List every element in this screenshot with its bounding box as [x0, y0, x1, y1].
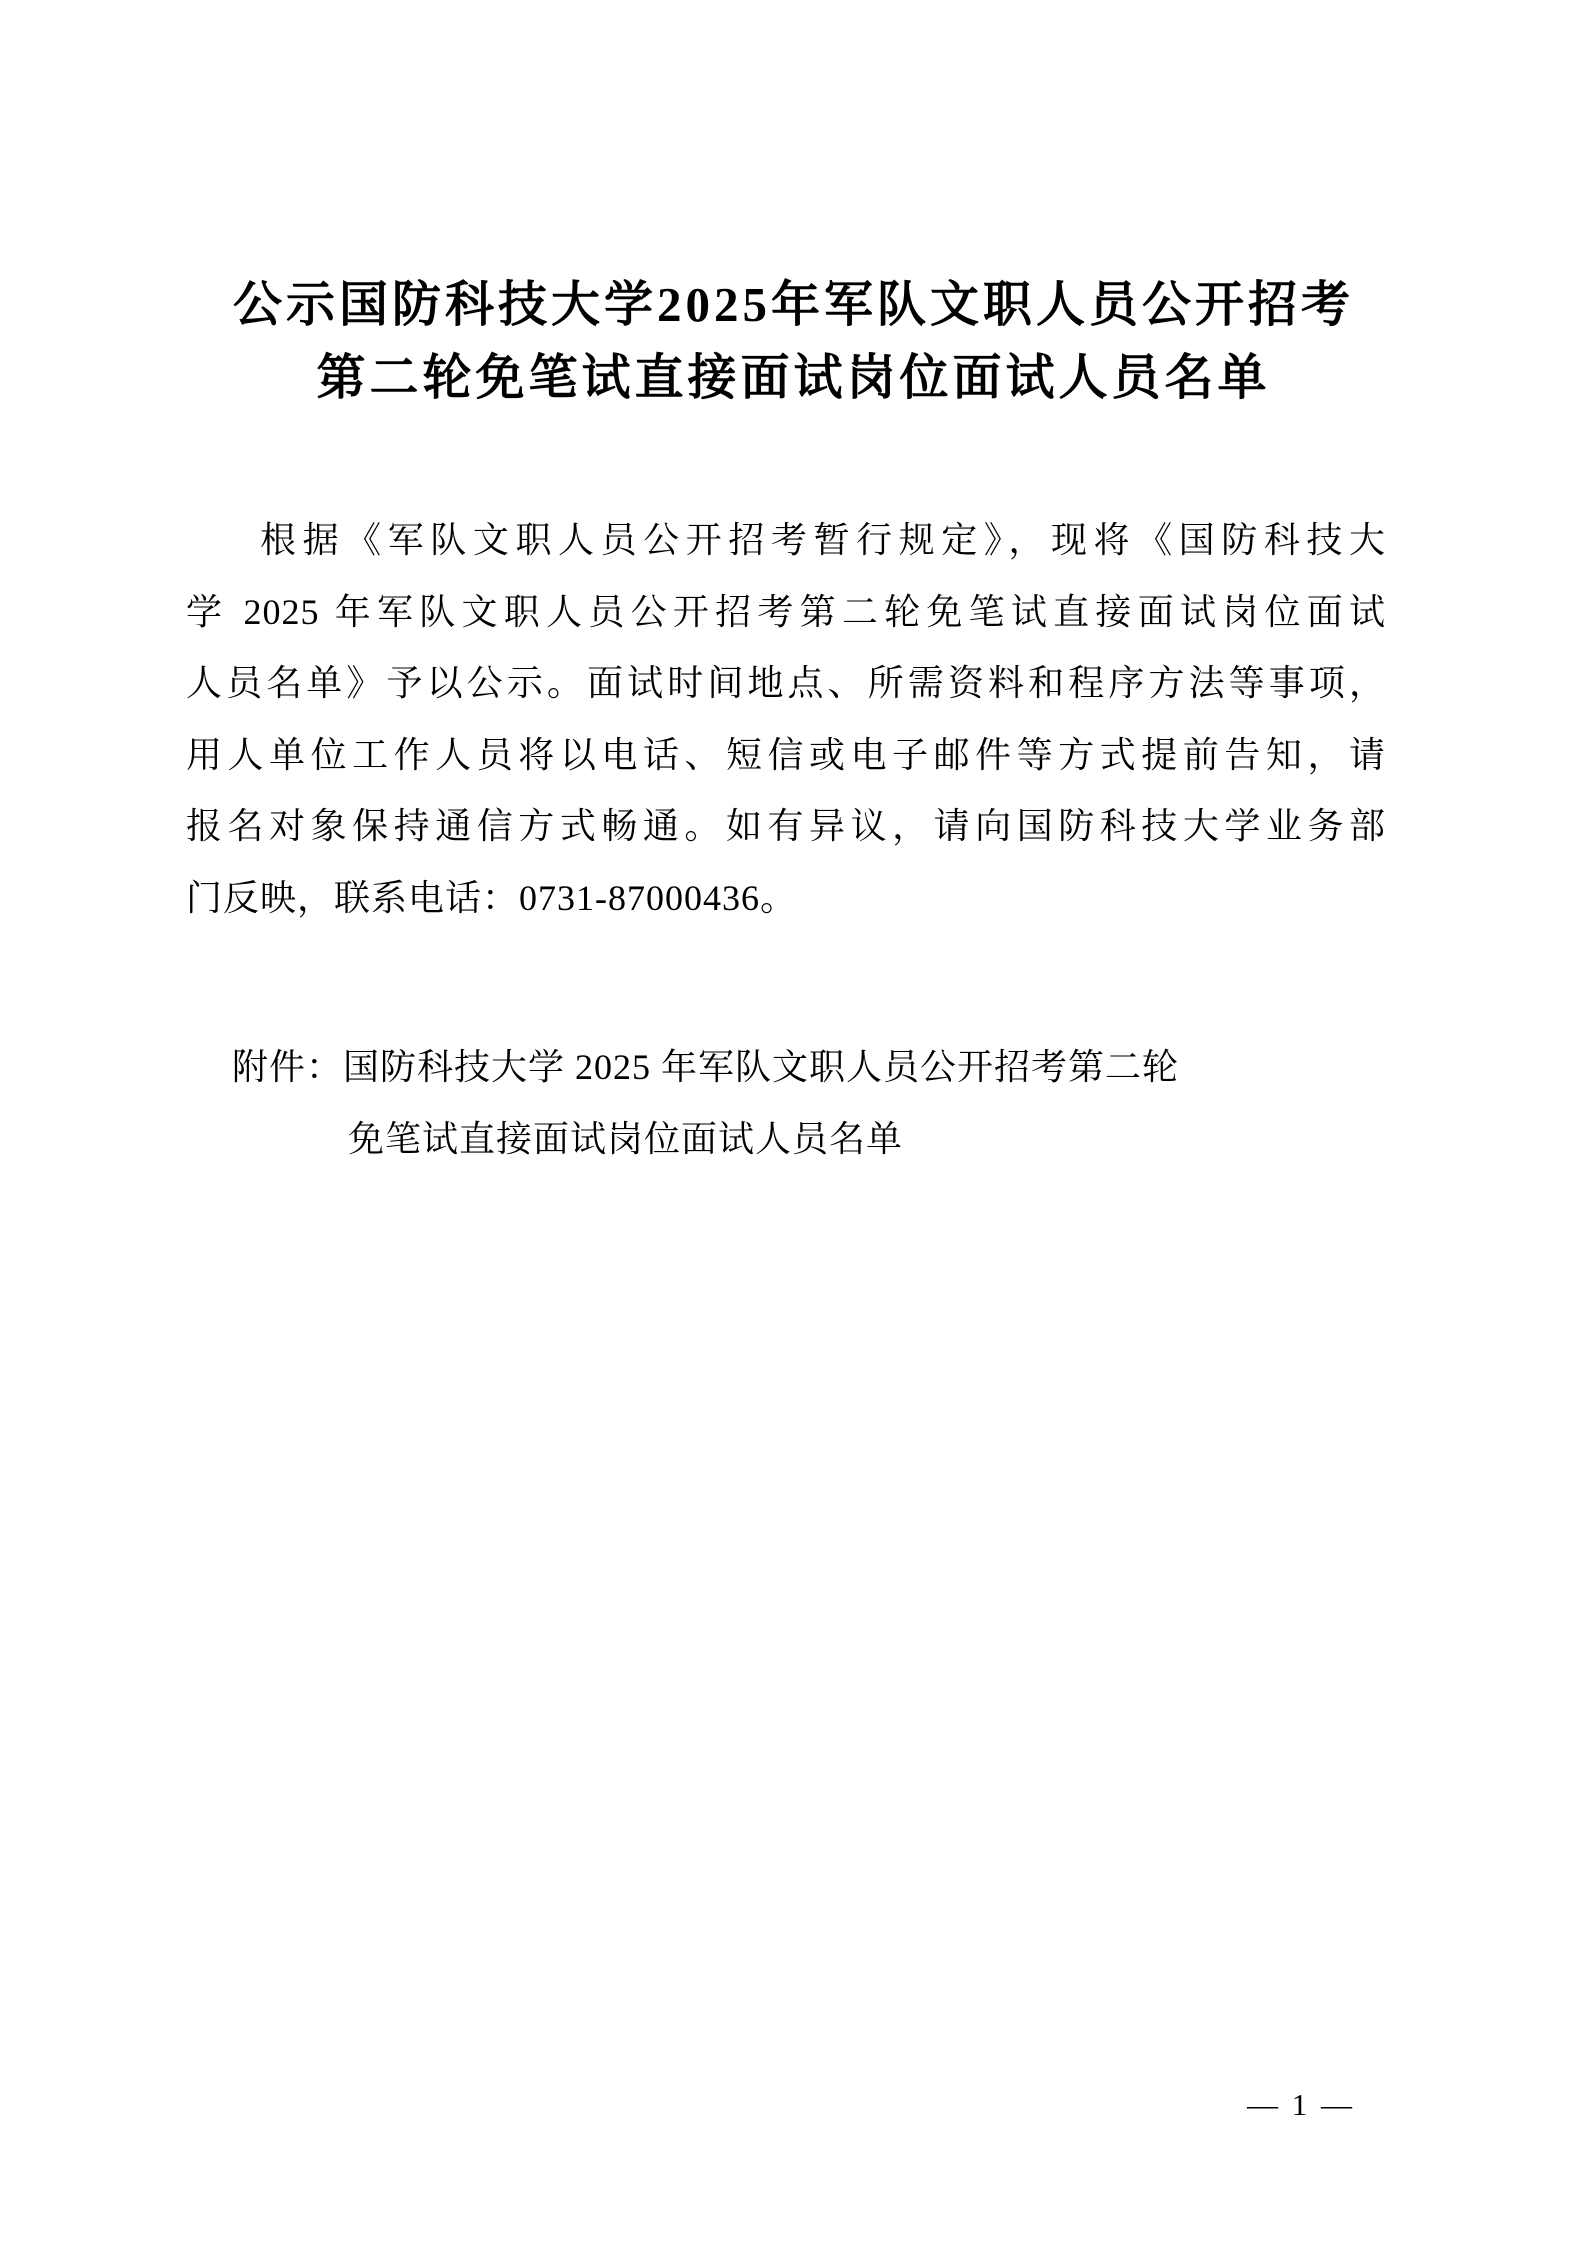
- body-paragraph-line: 学 2025 年军队文职人员公开招考第二轮免笔试直接面试岗位面试: [186, 577, 1386, 649]
- body-paragraph-line: 门反映，联系电话：0731-87000436。: [186, 863, 1386, 935]
- attachment-title-part1: 国防科技大学 2025 年军队文职人员公开招考第二轮: [343, 1047, 1179, 1087]
- body-paragraph-line: 用人单位工作人员将以电话、短信或电子邮件等方式提前告知，请: [186, 720, 1386, 792]
- body-paragraph-line: 报名对象保持通信方式畅通。如有异议，请向国防科技大学业务部: [186, 791, 1386, 863]
- document-page: 公示国防科技大学2025年军队文职人员公开招考 第二轮免笔试直接面试岗位面试人员…: [0, 0, 1587, 2245]
- attachment-line-1: 附件：国防科技大学 2025 年军队文职人员公开招考第二轮: [186, 1032, 1426, 1104]
- attachment-section: 附件：国防科技大学 2025 年军队文职人员公开招考第二轮 免笔试直接面试岗位面…: [186, 1032, 1426, 1175]
- body-paragraph: 根据《军队文职人员公开招考暂行规定》，现将《国防科技大 学 2025 年军队文职…: [186, 505, 1386, 934]
- body-paragraph-line: 人员名单》予以公示。面试时间地点、所需资料和程序方法等事项，: [186, 648, 1386, 720]
- attachment-label: 附件：: [232, 1047, 343, 1087]
- title-line-1: 公示国防科技大学2025年军队文职人员公开招考: [120, 268, 1467, 341]
- body-paragraph-line: 根据《军队文职人员公开招考暂行规定》，现将《国防科技大: [186, 505, 1386, 577]
- attachment-line-2: 免笔试直接面试岗位面试人员名单: [186, 1104, 1426, 1176]
- document-title: 公示国防科技大学2025年军队文职人员公开招考 第二轮免笔试直接面试岗位面试人员…: [120, 268, 1467, 414]
- page-number: — 1 —: [1247, 2087, 1355, 2123]
- title-line-2: 第二轮免笔试直接面试岗位面试人员名单: [120, 341, 1467, 414]
